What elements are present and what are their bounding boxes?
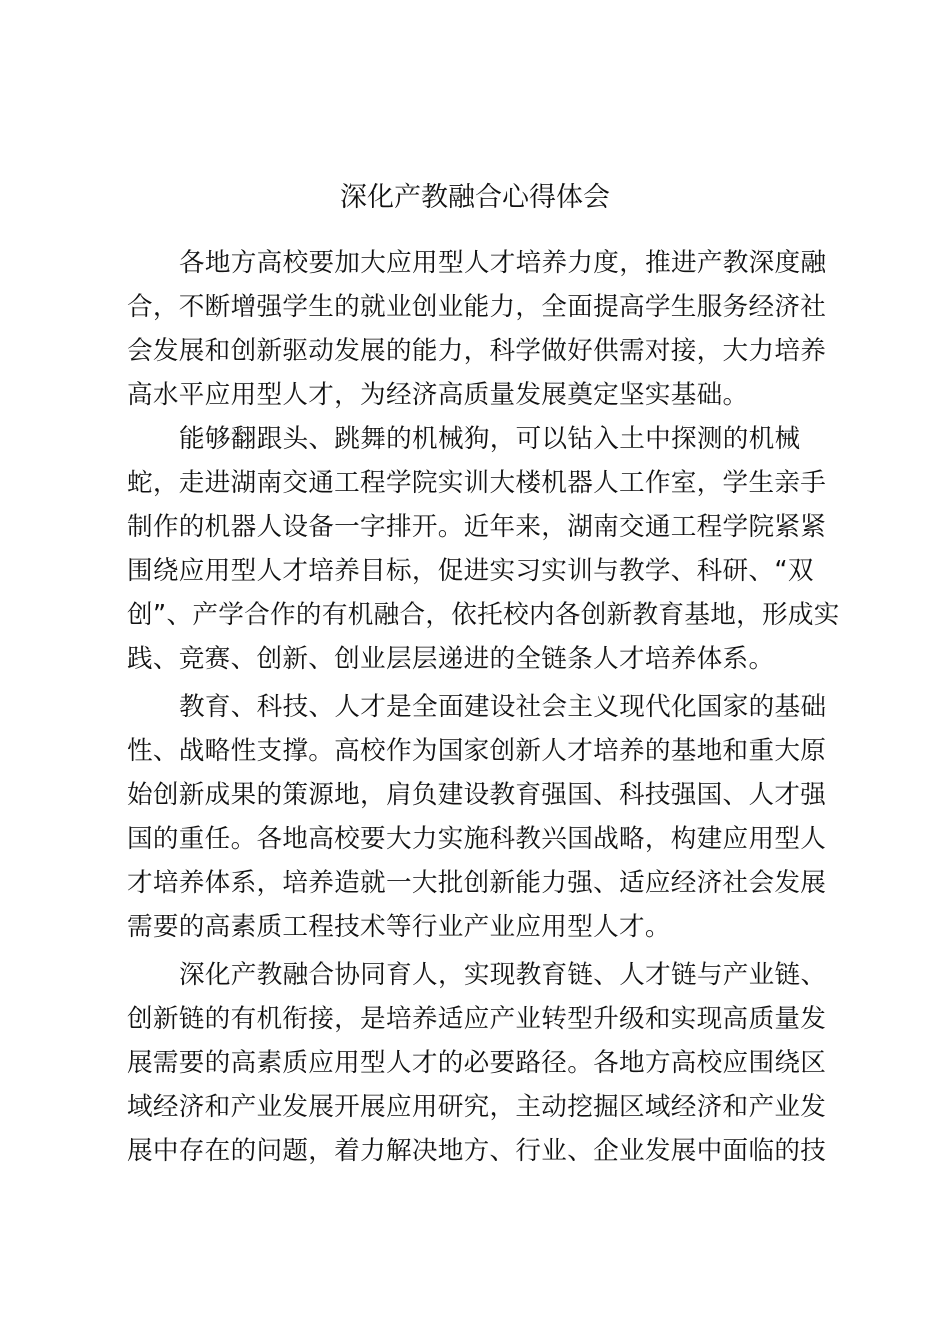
paragraph-line: 才培养体系，培养造就一大批创新能力强、适应经济社会发展 [127,865,826,901]
paragraph-line: 国的重任。各地高校要大力实施科教兴国战略，构建应用型人 [127,821,826,857]
paragraph-line: 围绕应用型人才培养目标，促进实习实训与教学、科研、“双 [127,553,814,589]
paragraph-line: 域经济和产业发展开展应用研究，主动挖掘区域经济和产业发 [127,1089,826,1125]
document-page: 深化产教融合心得体会 各地方高校要加大应用型人才培养力度，推进产教深度融 合，不… [0,0,950,1344]
paragraph-line: 深化产教融合协同育人，实现教育链、人才链与产业链、 [179,957,826,993]
paragraph-line: 展需要的高素质应用型人才的必要路径。各地方高校应围绕区 [127,1045,826,1081]
paragraph-line: 展中存在的问题，着力解决地方、行业、企业发展中面临的技 [127,1133,826,1169]
paragraph-line: 创”、产学合作的有机融合，依托校内各创新教育基地，形成实 [127,597,840,633]
document-title: 深化产教融合心得体会 [0,178,950,218]
paragraph-line: 教育、科技、人才是全面建设社会主义现代化国家的基础 [179,689,826,725]
paragraph-line: 各地方高校要加大应用型人才培养力度，推进产教深度融 [179,245,826,281]
paragraph-line: 践、竞赛、创新、创业层层递进的全链条人才培养体系。 [127,641,774,677]
paragraph-line: 需要的高素质工程技术等行业产业应用型人才。 [127,909,671,945]
paragraph-line: 创新链的有机衔接，是培养适应产业转型升级和实现高质量发 [127,1001,826,1037]
paragraph-line: 高水平应用型人才，为经济高质量发展奠定坚实基础。 [127,377,748,413]
paragraph-line: 制作的机器人设备一字排开。近年来，湖南交通工程学院紧紧 [127,509,826,545]
paragraph-line: 能够翻跟头、跳舞的机械狗，可以钻入土中探测的机械 [179,421,800,457]
paragraph-line: 会发展和创新驱动发展的能力，科学做好供需对接，大力培养 [127,333,826,369]
paragraph-line: 合，不断增强学生的就业创业能力，全面提高学生服务经济社 [127,289,826,325]
paragraph-line: 性、战略性支撑。高校作为国家创新人才培养的基地和重大原 [127,733,826,769]
paragraph-line: 蛇，走进湖南交通工程学院实训大楼机器人工作室，学生亲手 [127,465,826,501]
paragraph-line: 始创新成果的策源地，肩负建设教育强国、科技强国、人才强 [127,777,826,813]
